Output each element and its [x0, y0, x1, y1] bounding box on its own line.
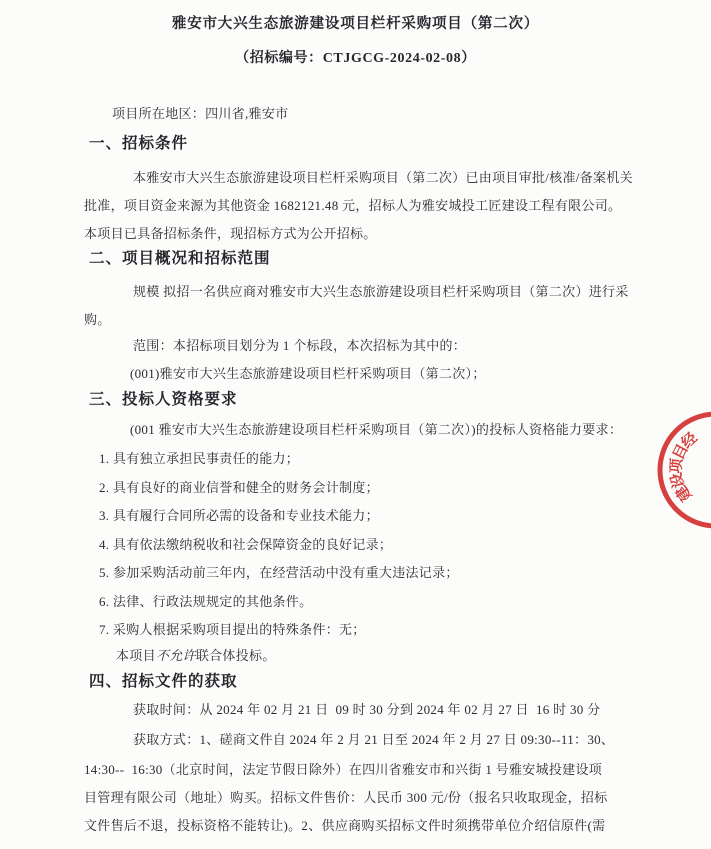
acquisition-method-line-2: 14:30-- 16:30（北京时间，法定节假日除外）在四川省雅安市和兴街 1 …: [84, 762, 602, 778]
stamp-char-1: 建: [673, 482, 696, 504]
qualification-item-5: 5. 参加采购活动前三年内，在经营活动中没有重大违法记录；: [99, 565, 459, 581]
acquisition-time-line: 获取时间：从 2024 年 02 月 21 日 09 时 30 分到 2024 …: [133, 702, 600, 718]
section-1-line-3: 本项目已具备招标条件，现招标方式为公开招标。: [84, 226, 377, 242]
section-3-heading: 三、投标人资格要求: [89, 392, 238, 408]
tender-document-page: 雅安市大兴生态旅游建设项目栏杆采购项目（第二次） （招标编号：CTJGCG-20…: [0, 0, 711, 849]
qualification-item-3: 3. 具有履行合同所必需的设备和专业技术能力；: [99, 508, 379, 524]
section-1-line-2: 批准，项目资金来源为其他资金 1682121.48 元，招标人为雅安城投工匠建设…: [84, 198, 621, 214]
section-2-lot-line: (001)雅安市大兴生态旅游建设项目栏杆采购项目（第二次）；: [130, 366, 486, 382]
section-2-scale-line: 规模 拟招一名供应商对雅安市大兴生态旅游建设项目栏杆采购项目（第二次）进行采: [133, 284, 629, 300]
qualification-item-4: 4. 具有依法缴纳税收和社会保障资金的良好记录；: [99, 537, 392, 553]
stamp-char-5: 经: [678, 429, 701, 452]
acquisition-method-line-3: 目管理有限公司（地址）购买。招标文件售价：人民币 300 元/份（报名只收取现金…: [84, 790, 608, 806]
section-2-heading: 二、项目概况和招标范围: [89, 251, 271, 267]
tender-number: （招标编号：CTJGCG-2024-02-08）: [0, 51, 711, 67]
joint-venture-suffix: 联合体投标。: [196, 648, 276, 663]
stamp-char-3: 项: [667, 457, 686, 475]
company-stamp: 建 设 项 目 经: [600, 372, 711, 582]
joint-venture-note: 本项目不允许联合体投标。: [116, 648, 276, 664]
acquisition-method-line-4: 文件售后不退，投标资格不能转让)。2、供应商购买招标文件时须携带单位介绍信原件(…: [84, 818, 605, 834]
section-4-heading: 四、招标文件的获取: [89, 674, 238, 690]
joint-venture-prefix: 本项目: [116, 648, 156, 663]
section-2-scope-line: 范围：本招标项目划分为 1 个标段，本次招标为其中的：: [133, 338, 466, 354]
stamp-char-2: 设: [667, 471, 688, 490]
qualification-item-2: 2. 具有良好的商业信誉和健全的财务会计制度；: [99, 480, 379, 496]
joint-venture-not-allowed: 不允许: [156, 648, 196, 663]
document-title: 雅安市大兴生态旅游建设项目栏杆采购项目（第二次）: [0, 16, 711, 32]
qualification-item-1: 1. 具有独立承担民事责任的能力；: [99, 451, 299, 467]
qualification-item-6: 6. 法律、行政法规规定的其他条件。: [99, 594, 312, 610]
qualification-item-7: 7. 采购人根据采购项目提出的特殊条件：无；: [99, 622, 366, 638]
acquisition-method-line-1: 获取方式：1、磋商文件自 2024 年 2 月 21 日至 2024 年 2 月…: [133, 732, 614, 748]
section-2-scale-cont: 购。: [84, 312, 111, 328]
stamp-char-4: 目: [670, 442, 692, 463]
section-1-heading: 一、招标条件: [89, 136, 188, 152]
qualification-intro: (001 雅安市大兴生态旅游建设项目栏杆采购项目（第二次）)的投标人资格能力要求…: [130, 422, 622, 438]
section-1-line-1: 本雅安市大兴生态旅游建设项目栏杆采购项目（第二次）已由项目审批/核准/备案机关: [133, 170, 633, 186]
stamp-ring: [660, 414, 711, 526]
project-location: 项目所在地区：四川省,雅安市: [112, 106, 288, 122]
